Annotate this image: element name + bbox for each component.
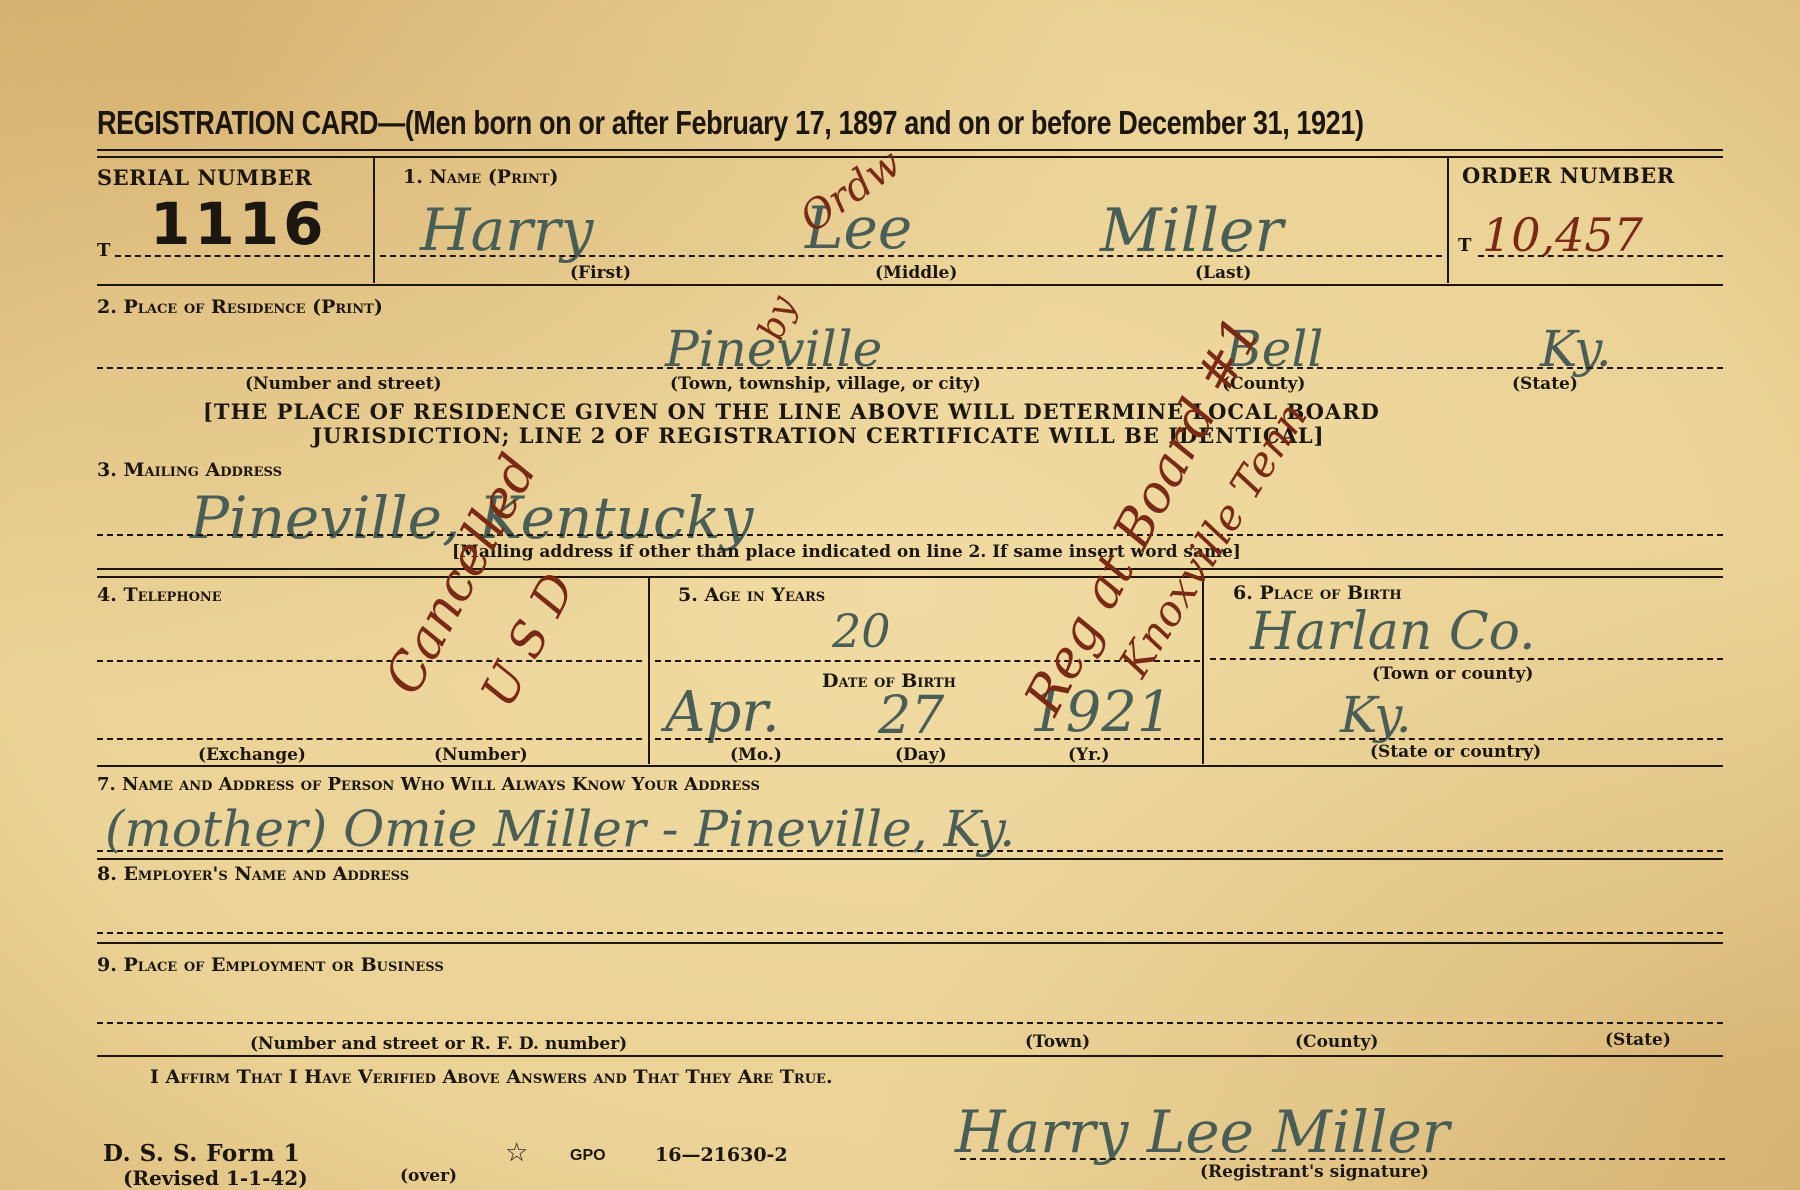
- telephone-number-caption: (Number): [434, 745, 528, 765]
- employment-state-caption: (State): [1605, 1030, 1671, 1050]
- name-middle-caption: (Middle): [875, 263, 957, 283]
- gpo-number: 16—21630-2: [655, 1144, 788, 1166]
- affirmation-text: I Affirm That I Have Verified Above Answ…: [150, 1066, 833, 1088]
- birthplace-town-line: [1210, 658, 1723, 660]
- star-icon: ☆: [505, 1138, 528, 1168]
- row4-bottom-rule: [97, 765, 1723, 767]
- dob-day-caption: (Day): [895, 745, 947, 765]
- residence-town-caption: (Town, township, village, or city): [670, 374, 981, 394]
- dob-year-caption: (Yr.): [1068, 745, 1110, 765]
- residence-state[interactable]: Ky.: [1540, 320, 1612, 378]
- residence-street-caption: (Number and street): [245, 374, 442, 394]
- employment-rule: [97, 1055, 1723, 1057]
- form-over: (over): [400, 1166, 457, 1186]
- age-label: 5. Age in Years: [678, 584, 825, 606]
- title-rule-top: [97, 149, 1723, 151]
- serial-divider: [373, 158, 375, 283]
- age-value[interactable]: 20: [832, 604, 891, 658]
- name-first-caption: (First): [570, 263, 631, 283]
- residence-state-caption: (State): [1512, 374, 1578, 394]
- serial-number: 1116: [150, 190, 327, 258]
- order-prefix: T: [1458, 235, 1472, 256]
- dob-line: [655, 738, 1200, 740]
- dob-day[interactable]: 27: [878, 686, 944, 746]
- residence-label: 2. Place of Residence (Print): [97, 296, 383, 318]
- employment-county-caption: (County): [1295, 1032, 1378, 1052]
- name-line: [380, 255, 1442, 257]
- gpo-label: GPO: [570, 1147, 606, 1165]
- employer-rule: [97, 942, 1723, 944]
- age-divider: [1202, 578, 1204, 764]
- serial-line: [115, 255, 370, 257]
- contact-label: 7. Name and Address of Person Who Will A…: [97, 774, 760, 795]
- signature-line: [960, 1158, 1725, 1160]
- mailing-label: 3. Mailing Address: [97, 459, 282, 481]
- mailing-line: [97, 534, 1723, 536]
- employment-label: 9. Place of Employment or Business: [97, 954, 444, 976]
- mailing-rule-top: [97, 568, 1723, 570]
- form-number: D. S. S. Form 1: [103, 1140, 300, 1167]
- telephone-exchange-caption: (Exchange): [198, 745, 306, 765]
- employment-street-caption: (Number and street or R. F. D. number): [250, 1034, 627, 1054]
- contact-line: [97, 850, 1723, 852]
- title-rule-bottom: [97, 156, 1723, 158]
- row1-bottom-rule: [97, 284, 1723, 286]
- employer-line: [97, 932, 1723, 934]
- order-line: [1478, 255, 1723, 257]
- order-label: ORDER NUMBER: [1462, 163, 1675, 188]
- birthplace-state-line: [1210, 738, 1723, 740]
- birthplace-town[interactable]: Harlan Co.: [1250, 602, 1536, 662]
- telephone-line-2: [97, 738, 642, 740]
- registration-card: REGISTRATION CARD—(Men born on or after …: [0, 0, 1800, 1190]
- form-revised: (Revised 1-1-42): [123, 1166, 308, 1190]
- name-first[interactable]: Harry: [420, 196, 593, 264]
- birthplace-town-caption: (Town or county): [1372, 664, 1533, 684]
- name-label: 1. Name (Print): [403, 166, 559, 188]
- mailing-rule-bottom: [97, 576, 1723, 578]
- registrant-signature[interactable]: Harry Lee Miller: [955, 1098, 1450, 1166]
- contact-rule: [97, 858, 1723, 860]
- order-divider: [1447, 158, 1449, 283]
- birthplace-state-caption: (State or country): [1370, 742, 1541, 762]
- birthplace-label: 6. Place of Birth: [1233, 582, 1402, 604]
- name-last-caption: (Last): [1195, 263, 1251, 283]
- dob-month[interactable]: Apr.: [665, 680, 780, 745]
- employment-town-caption: (Town): [1025, 1032, 1090, 1052]
- signature-caption: (Registrant's signature): [1200, 1162, 1429, 1182]
- employment-line: [97, 1022, 1723, 1024]
- birthplace-state[interactable]: Ky.: [1340, 686, 1412, 744]
- dob-month-caption: (Mo.): [730, 745, 782, 765]
- order-number[interactable]: 10,457: [1482, 208, 1643, 262]
- serial-label: SERIAL NUMBER: [97, 165, 312, 190]
- telephone-label: 4. Telephone: [97, 584, 222, 606]
- card-title: REGISTRATION CARD—(Men born on or after …: [97, 104, 1364, 142]
- residence-line: [97, 367, 1723, 369]
- serial-prefix: T: [97, 240, 111, 261]
- telephone-divider: [648, 578, 650, 764]
- telephone-line-1: [97, 660, 642, 662]
- employer-label: 8. Employer's Name and Address: [97, 863, 409, 885]
